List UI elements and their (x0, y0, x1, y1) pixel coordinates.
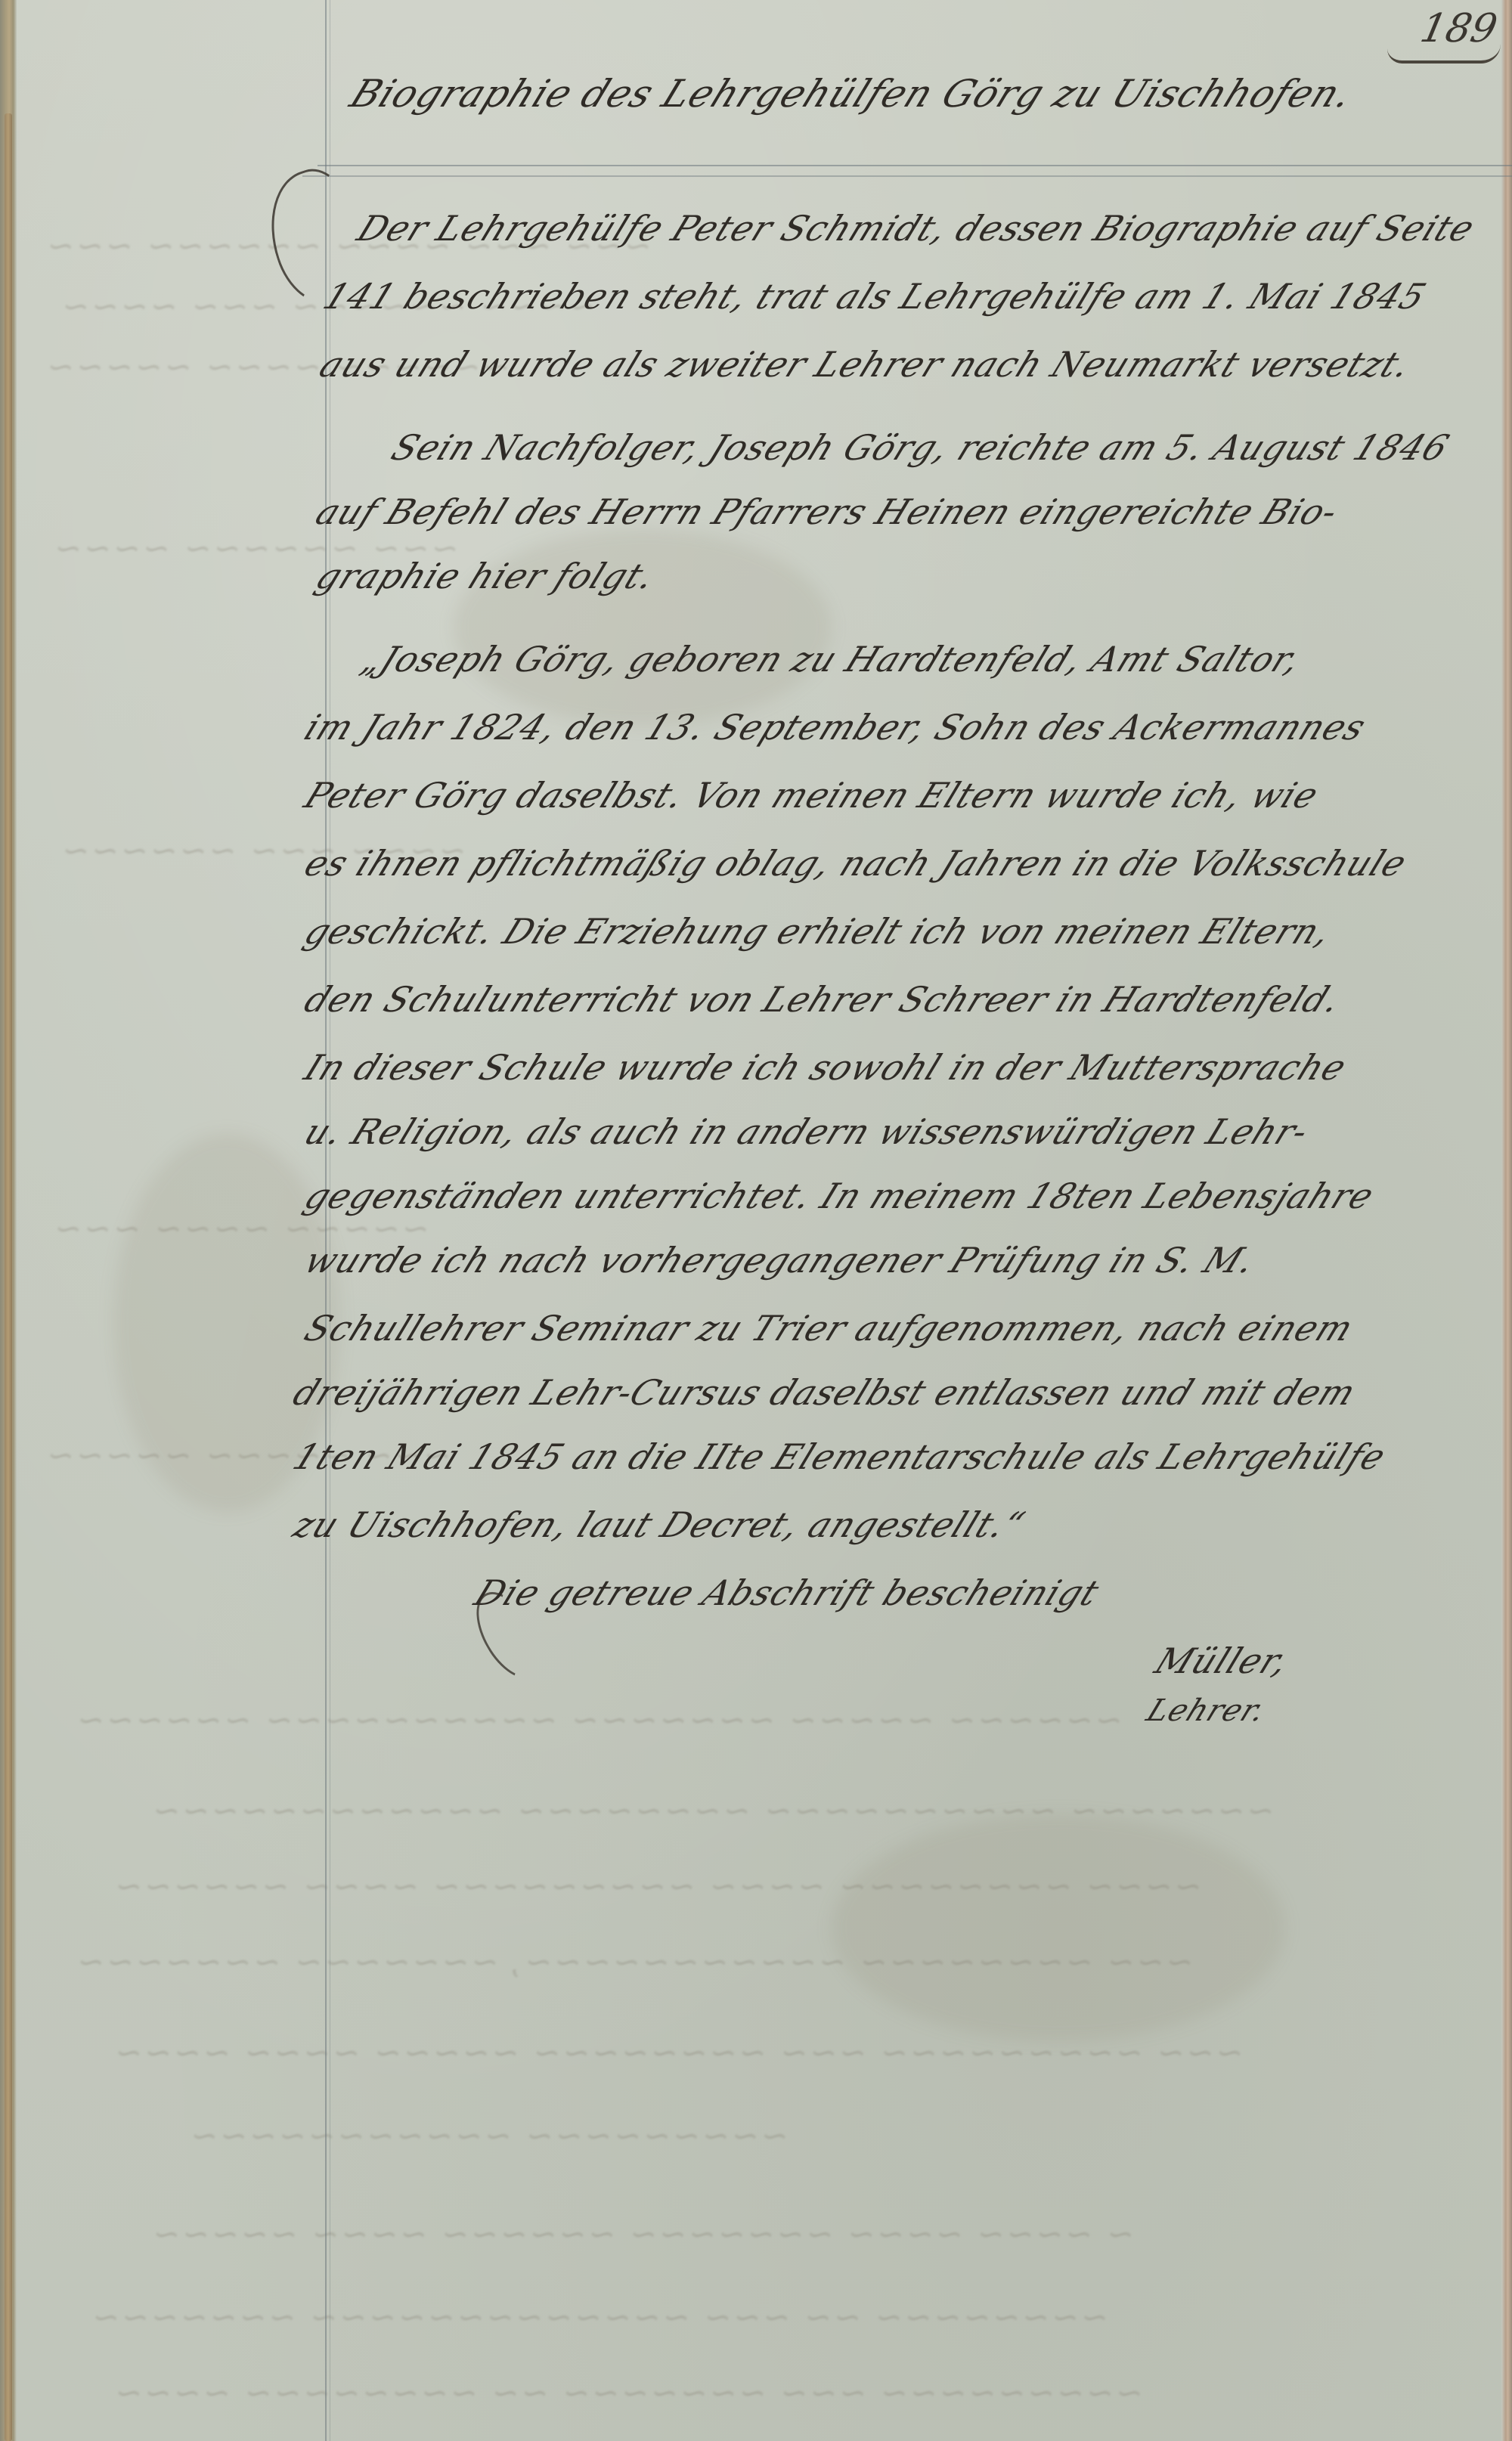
binding-strip (5, 113, 12, 2441)
text-line: geschickt. Die Erziehung erhielt ich von… (299, 911, 1338, 952)
bleed-through-text: ~~~~~~~ ~~~~~~~~~~ ~~~~~~~~ ~~~~~~~~~~~~ (145, 1792, 1281, 1830)
text-line: 1ten Mai 1845 an die IIte Elementarschul… (287, 1436, 1393, 1477)
bleed-through-text: ~~~~ ~~~~~~~~ ~~~~ ~~~~~~~~~ ~~~~ ~~~~~~ (107, 1867, 1209, 1906)
bleed-through-text: ~~~~~~ ~~~~~ ~~~~~~~ ~~~~~~~~~~ ~~~~~~ (70, 1701, 1129, 1739)
text-line: aus und wurde als zweiter Lehrer nach Ne… (314, 344, 1417, 385)
text-line: In dieser Schule wurde ich sowohl in der… (299, 1047, 1353, 1088)
bleed-through-text: ~~~~~~~~~ ~~~~~~~~~~~ (183, 2117, 795, 2155)
document-title: Biographie des Lehrgehülfen Görg zu Uisc… (344, 72, 1360, 116)
text-line: u. Religion, als auch in andern wissensw… (299, 1111, 1315, 1152)
book-binding-edge (0, 0, 17, 2441)
bleed-through-text: ~ ~~~~ ~~~~ ~~~~~~~ ~~~~~~ ~~~~ ~~~~~ (145, 2215, 1141, 2254)
bleed-through-text: ~~~~~~~~ ~~ ~~~ ~~~~~~~~~~~~~ ~~~~~~~ (85, 2298, 1115, 2337)
header-rule (318, 165, 1512, 166)
text-line: auf Befehl des Herrn Pfarrers Heinen ein… (310, 491, 1345, 532)
page-right-edge (1501, 0, 1512, 2441)
text-line: Schullehrer Seminar zu Trier aufgenommen… (299, 1308, 1360, 1349)
text-line: gegenständen unterrichtet. In meinem 18t… (299, 1176, 1380, 1216)
text-line: wurde ich nach vorhergegangener Prüfung … (299, 1240, 1262, 1281)
text-line: den Schulunterricht von Lehrer Schreer i… (299, 979, 1348, 1020)
text-line: im Jahr 1824, den 13. September, Sohn de… (299, 707, 1372, 748)
bleed-through-text: ~~~~~~~~~ ~~~ ~~~~~~~ ~~ ~~~~~~~~ ~~~~ (107, 2374, 1150, 2412)
text-line: dreijährigen Lehr-Cursus daselbst entlas… (287, 1372, 1362, 1413)
text-line: Der Lehrgehülfe Peter Schmidt, dessen Bi… (352, 208, 1481, 249)
text-line: „Joseph Görg, geboren zu Hardtenfeld, Am… (355, 639, 1307, 680)
signature-name: Müller, (1149, 1640, 1296, 1681)
paper-stain (832, 1814, 1285, 2041)
attestation-text: Die getreue Abschrift bescheinigt (469, 1572, 1105, 1613)
text-line: es ihnen pflichtmäßig oblag, nach Jahren… (299, 843, 1413, 884)
text-line: Peter Görg daselbst. Von meinen Eltern w… (299, 775, 1325, 816)
text-line: zu Uischhofen, laut Decret, angestellt.“ (287, 1504, 1031, 1545)
bleed-through-text: ~~~ ~~~~~~~~ ~~~~~~~~~~~, ~~~~~~~ ~~~~~~… (70, 1943, 1201, 1981)
text-line: 141 beschrieben steht, trat als Lehrgehü… (318, 276, 1433, 317)
text-line: Sein Nachfolger, Joseph Görg, reichte am… (386, 427, 1455, 468)
page-number-underline (1387, 44, 1501, 64)
manuscript-page: ~~~ ~~~ ~~~~ ~~~~~~ ~~~ ~~~~ ~~~~~~ ~~~ … (0, 0, 1512, 2441)
signature-title: Lehrer. (1142, 1693, 1272, 1728)
bleed-through-text: ~~~ ~~~~~~~~~ ~~~ ~~~~~~~~ ~~~~~ ~~~~ ~~… (107, 2034, 1250, 2072)
text-line: graphie hier folgt. (310, 556, 661, 596)
header-rule-secondary (302, 175, 1512, 177)
